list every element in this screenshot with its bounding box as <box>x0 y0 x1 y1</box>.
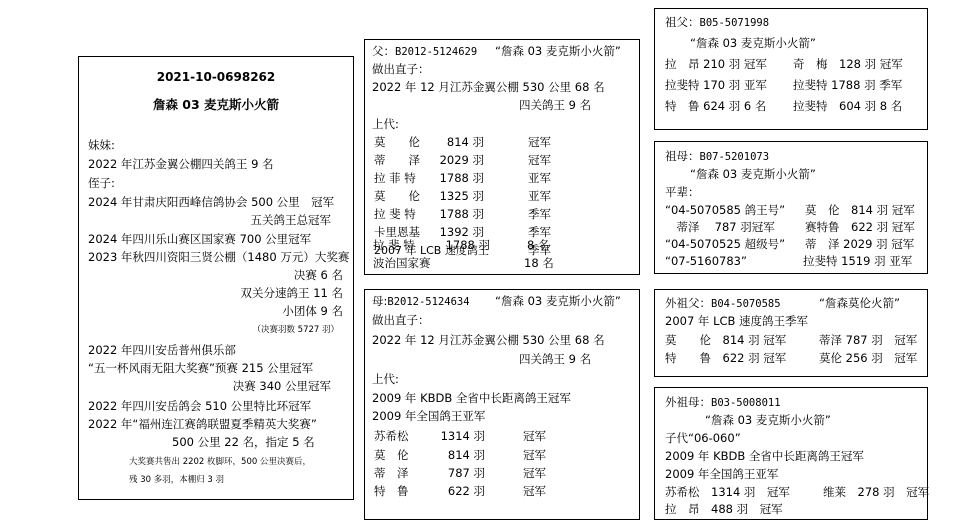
record-left: 苏希松 1314 羽 冠军 <box>665 484 790 500</box>
maternal-grandfather-header: 外祖父：B04-5070585 <box>665 295 781 312</box>
father-made-label: 做出直子： <box>372 61 430 77</box>
row-count: 1788 羽 <box>440 237 490 253</box>
grandmother-ring: B07-5201073 <box>700 151 770 163</box>
row-result: 亚军 <box>528 188 551 204</box>
row-result: 亚军 <box>528 170 551 186</box>
row-result: 冠军 <box>523 465 546 481</box>
mother-made-line: 四关鸽王 9 名 <box>519 351 591 367</box>
grandfather-ring: B05-5071998 <box>700 17 770 29</box>
row-name: 波治国家赛 <box>373 255 431 271</box>
record-right: 维莱 278 羽 冠军 <box>823 484 929 500</box>
father-made-line: 2022 年 12 月江苏金翼公棚 530 公里 68 名 <box>372 79 605 95</box>
row-name: 拉 斐 特 <box>374 206 416 222</box>
mother-header: 母:B2012-5124634 <box>372 293 470 310</box>
subject-card: 2021-10-0698262 詹森 03 麦克斯小火箭 妹妹: 2022 年江… <box>78 56 354 500</box>
grandmother-header: 祖母：B07-5201073 <box>665 148 769 165</box>
mother-title: 2009 年 KBDB 全省中长距离鸽王冠军 <box>372 390 571 406</box>
maternal-grandmother-title: 2009 年 KBDB 全省中长距离鸽王冠军 <box>665 448 864 464</box>
maternal-grandfather-name: “詹森莫伦火箭” <box>819 295 900 311</box>
father-ancestry-label: 上代: <box>372 116 399 132</box>
maternal-grandfather-label: 外祖父： <box>665 296 711 310</box>
record-line: 500 公里 22 名，指定 5 名 <box>172 434 315 450</box>
row-name: 莫 伦 <box>374 447 409 463</box>
note-line: 残 30 多羽，本棚归 3 羽 <box>129 472 224 488</box>
record-line: 2022 年四川安岳普州俱乐部 <box>88 342 236 358</box>
row-count: 1314 羽 <box>435 428 485 444</box>
sibling-right: 拉斐特 1519 羽 亚军 <box>803 253 912 269</box>
row-count: 787 羽 <box>435 465 485 481</box>
row-count: 814 羽 <box>447 134 484 150</box>
sister-record: 2022 年江苏金翼公棚四关鸽王 9 名 <box>88 156 274 172</box>
row-name: 莫 伦 <box>374 188 420 204</box>
subject-ring-number: 2021-10-0698262 <box>79 69 353 85</box>
maternal-grandmother-title: 2009 年全国鸽王亚军 <box>665 466 778 482</box>
paternal-grandmother-card: 祖母：B07-5201073 “詹森 03 麦克斯小火箭” 平辈： “04-50… <box>654 141 928 274</box>
maternal-grandmother-card: 外祖母：B03-5008011 “詹森 03 麦克斯小火箭” 子代“06-060… <box>654 387 928 520</box>
grandmother-name: “詹森 03 麦克斯小火箭” <box>690 166 816 182</box>
mother-card: 母:B2012-5124634 “詹森 03 麦克斯小火箭” 做出直子： 202… <box>364 289 640 520</box>
maternal-grandmother-ring: B03-5008011 <box>711 397 781 409</box>
row-name: 拉 斐 特 <box>373 237 415 253</box>
offspring-line: 子代“06-060” <box>665 430 741 446</box>
father-header: 父：B2012-5124629 <box>372 43 477 60</box>
mother-title: 2009 年全国鸽王亚军 <box>372 408 485 424</box>
record-line: 决赛 6 名 <box>294 267 343 283</box>
row-count: 1325 羽 <box>440 188 484 204</box>
father-made-line: 四关鸽王 9 名 <box>519 97 591 113</box>
father-ring: B2012-5124629 <box>395 46 477 58</box>
grandfather-label: 祖父： <box>665 15 700 29</box>
row-name: 蒂 泽 <box>374 465 409 481</box>
record-line: 决赛 340 公里冠军 <box>233 378 331 394</box>
row-result: 冠军 <box>523 428 546 444</box>
record-left: 特 鲁 622 羽 冠军 <box>665 350 786 366</box>
grandfather-name: “詹森 03 麦克斯小火箭” <box>690 35 816 51</box>
record-line: 2024 年四川乐山赛区国家赛 700 公里冠军 <box>88 231 311 247</box>
father-label: 父： <box>372 44 395 58</box>
record-right: 奇 梅 128 羽 冠军 <box>793 56 903 72</box>
record-line: 2022 年四川安岳鸽会 510 公里特比环冠军 <box>88 398 311 414</box>
mother-made-label: 做出直子： <box>372 312 430 328</box>
row-name: 拉 菲 特 <box>374 170 416 186</box>
row-count: 2029 羽 <box>440 152 484 168</box>
subject-name: 詹森 03 麦克斯小火箭 <box>79 97 353 113</box>
record-left: 特 鲁 624 羽 6 名 <box>665 98 766 114</box>
sibling-left: “04-5070585 鸽王号” <box>665 202 785 218</box>
record-right: 拉斐特 604 羽 8 名 <box>793 98 902 114</box>
record-line: 2024 年甘肃庆阳西峰信鸽协会 500 公里 冠军 <box>88 194 334 210</box>
sibling-left: “07-5160783” <box>665 253 747 269</box>
record-line: 双关分速鸽王 11 名 <box>241 285 343 301</box>
record-left: 拉 昂 488 羽 冠军 <box>665 501 783 517</box>
grandfather-header: 祖父：B05-5071998 <box>665 14 769 31</box>
grandmother-label: 祖母： <box>665 149 700 163</box>
row-count: 1788 羽 <box>440 206 484 222</box>
row-name: 蒂 泽 <box>374 152 420 168</box>
record-left: 莫 伦 814 羽 冠军 <box>665 332 786 348</box>
record-right: 蒂泽 787 羽 冠军 <box>819 332 917 348</box>
nephew-label: 侄子: <box>88 175 115 191</box>
row-result: 冠军 <box>523 483 546 499</box>
row-count: 1788 羽 <box>440 170 484 186</box>
row-result: 冠军 <box>523 447 546 463</box>
record-line: 五关鸽王总冠军 <box>251 212 332 228</box>
maternal-grandmother-name: “詹森 03 麦克斯小火箭” <box>705 412 831 428</box>
sibling-right: 莫 伦 814 羽 冠军 <box>805 202 915 218</box>
maternal-grandmother-header: 外祖母：B03-5008011 <box>665 394 781 411</box>
sister-label: 妹妹: <box>88 137 115 153</box>
record-right: 莫伦 256 羽 冠军 <box>819 350 917 366</box>
mother-made-line: 2022 年 12 月江苏金翼公棚 530 公里 68 名 <box>372 332 605 348</box>
paternal-grandfather-card: 祖父：B05-5071998 “詹森 03 麦克斯小火箭” 拉 昂 210 羽 … <box>654 8 928 130</box>
record-line: 2022 年“福州连江赛鸽联盟夏季精英大奖赛” <box>88 416 317 432</box>
record-line: “五一杯风雨无阻大奖赛”预赛 215 公里冠军 <box>88 360 313 376</box>
record-line: 小团体 9 名 <box>282 303 343 319</box>
row-result: 季军 <box>528 206 551 222</box>
record-right: 拉斐特 1788 羽 季军 <box>793 77 902 93</box>
maternal-grandfather-ring: B04-5070585 <box>711 298 781 310</box>
mother-ancestry-label: 上代: <box>372 371 399 387</box>
sibling-left: “04-5070525 超级号” <box>665 236 785 252</box>
siblings-label: 平辈： <box>665 184 700 200</box>
row-result: 冠军 <box>528 152 551 168</box>
maternal-grandfather-title: 2007 年 LCB 速度鸽王季军 <box>665 313 808 329</box>
row-name: 莫 伦 <box>374 134 420 150</box>
maternal-grandfather-card: 外祖父：B04-5070585 “詹森莫伦火箭” 2007 年 LCB 速度鸽王… <box>654 289 928 377</box>
record-left: 拉斐特 170 羽 亚军 <box>665 77 767 93</box>
row-name: 特 鲁 <box>374 483 409 499</box>
sibling-left: 蒂泽 787 羽冠军 <box>665 219 775 235</box>
sibling-right: 赛特鲁 622 羽 冠军 <box>805 219 915 235</box>
row-result: 8 名 <box>527 237 549 253</box>
mother-ring: B2012-5124634 <box>387 296 469 308</box>
row-count: 622 羽 <box>435 483 485 499</box>
row-result: 冠军 <box>528 134 551 150</box>
row-result: 18 名 <box>524 255 554 271</box>
row-count: 814 羽 <box>435 447 485 463</box>
note-line: 大奖赛共售出 2202 枚脚环，500 公里决赛后， <box>129 454 311 470</box>
maternal-grandmother-label: 外祖母： <box>665 395 711 409</box>
sibling-right: 蒂 泽 2029 羽 冠军 <box>805 236 914 252</box>
record-left: 拉 昂 210 羽 冠军 <box>665 56 767 72</box>
mother-label: 母: <box>372 294 387 308</box>
final-entry-count: （决赛羽数 5727 羽） <box>252 322 339 338</box>
father-name: “詹森 03 麦克斯小火箭” <box>495 43 621 59</box>
mother-name: “詹森 03 麦克斯小火箭” <box>495 293 621 309</box>
record-line: 2023 年秋四川资阳三贤公棚（1480 万元）大奖赛 <box>88 249 349 265</box>
row-name: 苏希松 <box>374 428 409 444</box>
